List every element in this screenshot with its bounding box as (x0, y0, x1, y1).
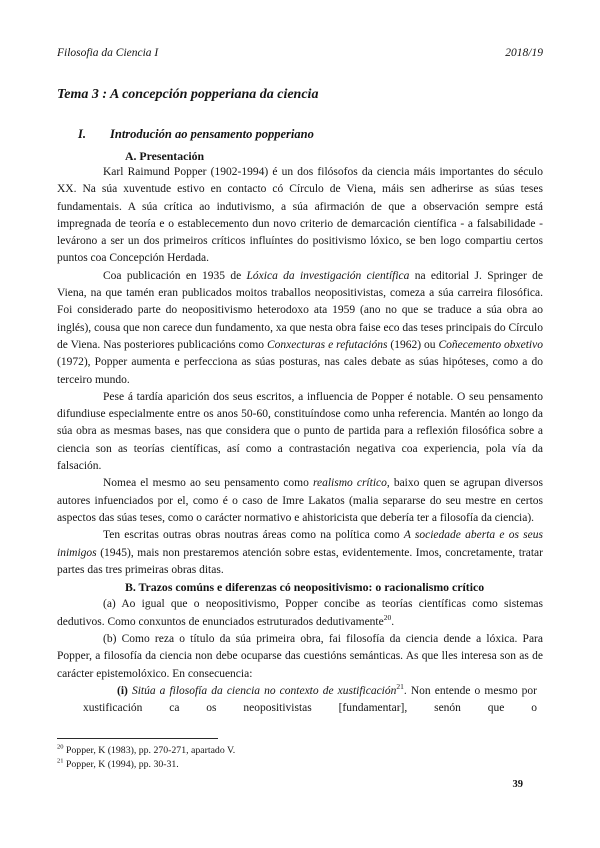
paragraph-presentacion-1: Karl Raimund Popper (1902-1994) é un dos… (57, 164, 543, 268)
footnote-area: 20 Popper, K (1983), pp. 270-271, aparta… (57, 738, 543, 771)
paragraph-presentacion-3: Pese á tardía aparición dos seus escrito… (57, 389, 543, 475)
footnote-20: 20 Popper, K (1983), pp. 270-271, aparta… (57, 744, 543, 758)
page-title: Tema 3 : A concepción popperiana da cien… (57, 86, 543, 103)
text-segment: (1972), Popper aumenta e perfecciona as … (57, 356, 543, 385)
footnote-text: Popper, K (1994), pp. 30-31. (66, 759, 179, 770)
section-title: Introdución ao pensamento popperiano (110, 127, 314, 141)
text-segment: (a) Ao igual que o neopositivismo, Poppe… (57, 598, 543, 627)
subsection-b-heading: B. Trazos comúns e diferenzas có neoposi… (150, 579, 543, 596)
paragraph-presentacion-4: Nomea el mesmo ao seu pensamento como re… (57, 475, 543, 527)
footnote-number: 20 (57, 744, 64, 751)
text-segment: (1945), mais non prestaremos atención so… (57, 547, 543, 576)
item-i-thesis: Sitúa a filosofía da ciencia no contexto… (132, 685, 396, 697)
text-segment: . (391, 616, 394, 628)
paragraph-presentacion-5: Ten escritas outras obras noutras áreas … (57, 527, 543, 579)
section-number: I. (78, 126, 110, 142)
header-course-title: Filosofia da Ciencia I (57, 46, 158, 60)
page-number: 39 (513, 779, 524, 790)
item-i-marker: (i) (117, 685, 132, 697)
paragraph-item-i: (i) Sitúa a filosofía da ciencia no cont… (83, 683, 537, 718)
term-realismo-critico: realismo crítico (313, 477, 387, 489)
text-segment: Coa publicación en 1935 de (103, 270, 247, 282)
footnote-text: Popper, K (1983), pp. 270-271, apartado … (66, 745, 235, 756)
text-segment: Ten escritas outras obras noutras áreas … (103, 529, 404, 541)
footnote-21: 21 Popper, K (1994), pp. 30-31. (57, 758, 543, 772)
paragraph-item-a: (a) Ao igual que o neopositivismo, Poppe… (57, 596, 543, 631)
subsection-a-heading: A. Presentación (125, 148, 543, 164)
book-title-conxecturas: Conxecturas e refutacións (267, 339, 387, 351)
text-segment: (1962) ou (387, 339, 438, 351)
paragraph-presentacion-2: Coa publicación en 1935 de Lóxica da inv… (57, 268, 543, 389)
page-header: Filosofia da Ciencia I 2018/19 (57, 46, 543, 60)
book-title-loxica: Lóxica da investigación científica (247, 270, 410, 282)
footnote-number: 21 (57, 757, 64, 764)
footnote-separator (57, 738, 218, 739)
header-academic-year: 2018/19 (505, 46, 543, 60)
book-title-conecemento: Coñecemento obxetivo (438, 339, 543, 351)
document-page: Filosofia da Ciencia I 2018/19 Tema 3 : … (0, 0, 600, 848)
paragraph-item-b: (b) Como reza o título da súa primeira o… (57, 631, 543, 683)
footnote-ref-21: 21 (396, 682, 404, 691)
section-heading: I.Introdución ao pensamento popperiano (57, 126, 543, 142)
text-segment: Nomea el mesmo ao seu pensamento como (103, 477, 313, 489)
